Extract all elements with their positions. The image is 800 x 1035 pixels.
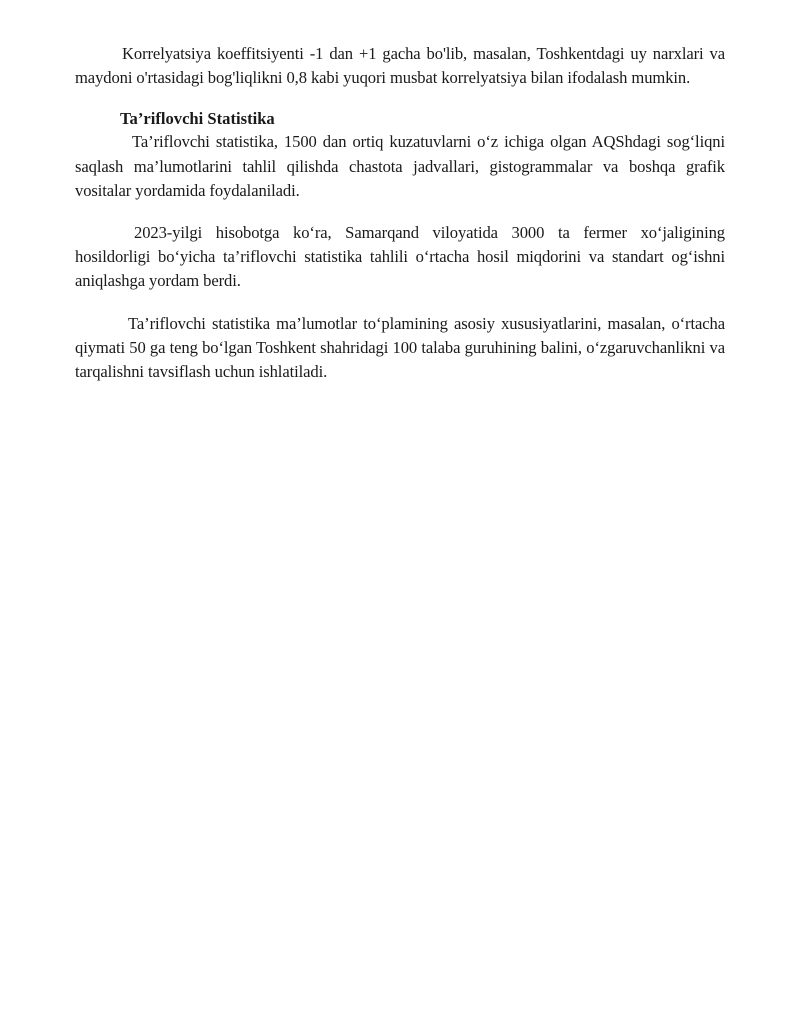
section-descriptive-statistics: Ta’riflovchi Statistika Ta’riflovchi sta… — [75, 108, 725, 384]
paragraph-descriptive-samarkand-farms: 2023-yilgi hisobotga ko‘ra, Samarqand vi… — [75, 221, 725, 294]
document-page: Korrelyatsiya koeffitsiyenti -1 dan +1 g… — [75, 42, 725, 384]
section-heading: Ta’riflovchi Statistika — [120, 108, 725, 130]
paragraph-correlation-intro: Korrelyatsiya koeffitsiyenti -1 dan +1 g… — [75, 42, 725, 90]
paragraph-descriptive-tashkent-students: Ta’riflovchi statistika ma’lumotlar to‘p… — [75, 312, 725, 385]
paragraph-descriptive-usa-health: Ta’riflovchi statistika, 1500 dan ortiq … — [75, 130, 725, 203]
